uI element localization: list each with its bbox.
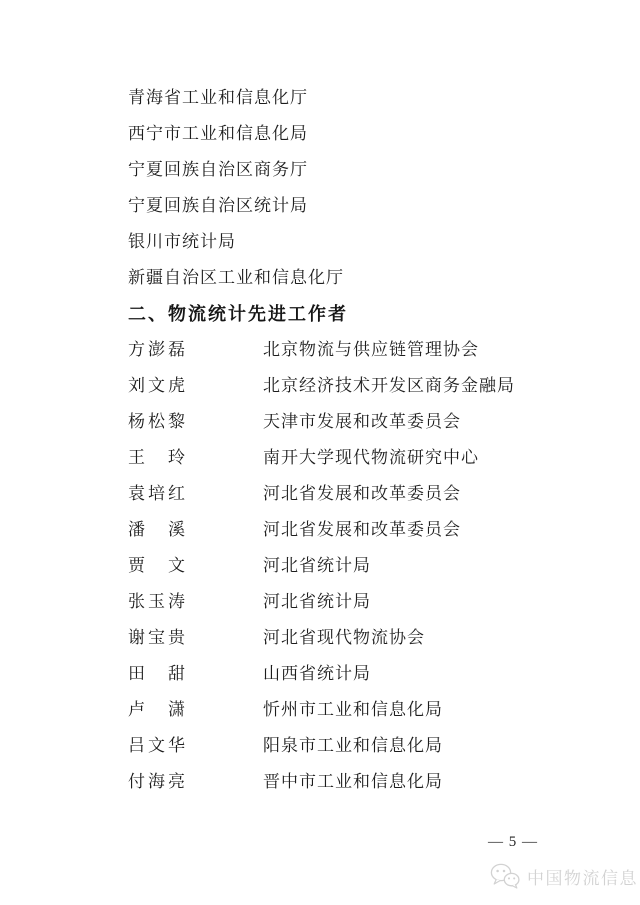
watermark: 中国物流信息 xyxy=(490,860,638,892)
wechat-icon xyxy=(490,863,520,889)
awardee-organization: 阳泉市工业和信息化局 xyxy=(263,728,443,764)
organization-item: 宁夏回族自治区统计局 xyxy=(128,188,640,224)
awardee-organization: 河北省发展和改革委员会 xyxy=(263,476,461,512)
awardee-organization: 北京物流与供应链管理协会 xyxy=(263,332,479,368)
organization-item: 西宁市工业和信息化局 xyxy=(128,116,640,152)
awardee-name: 杨松黎 xyxy=(128,404,263,440)
awardee-name: 王 玲 xyxy=(128,440,263,476)
awardee-row: 吕文华 阳泉市工业和信息化局 xyxy=(128,728,640,764)
awardee-name: 潘 溪 xyxy=(128,512,263,548)
awardee-organization: 河北省发展和改革委员会 xyxy=(263,512,461,548)
awardee-row: 付海亮 晋中市工业和信息化局 xyxy=(128,764,640,800)
organization-item: 银川市统计局 xyxy=(128,224,640,260)
organization-item: 新疆自治区工业和信息化厅 xyxy=(128,260,640,296)
awardee-row: 潘 溪 河北省发展和改革委员会 xyxy=(128,512,640,548)
awardee-name: 贾 文 xyxy=(128,548,263,584)
organization-item: 宁夏回族自治区商务厅 xyxy=(128,152,640,188)
organization-item: 青海省工业和信息化厅 xyxy=(128,80,640,116)
awardee-row: 王 玲 南开大学现代物流研究中心 xyxy=(128,440,640,476)
awardee-name: 田 甜 xyxy=(128,656,263,692)
awardee-organization: 忻州市工业和信息化局 xyxy=(263,692,443,728)
organization-list: 青海省工业和信息化厅 西宁市工业和信息化局 宁夏回族自治区商务厅 宁夏回族自治区… xyxy=(0,80,640,296)
awardee-row: 贾 文 河北省统计局 xyxy=(128,548,640,584)
awardee-organization: 晋中市工业和信息化局 xyxy=(263,764,443,800)
document-page: 青海省工业和信息化厅 西宁市工业和信息化局 宁夏回族自治区商务厅 宁夏回族自治区… xyxy=(0,0,640,905)
awardee-row: 杨松黎 天津市发展和改革委员会 xyxy=(128,404,640,440)
awardee-row: 袁培红 河北省发展和改革委员会 xyxy=(128,476,640,512)
awardee-organization: 天津市发展和改革委员会 xyxy=(263,404,461,440)
document-content: 青海省工业和信息化厅 西宁市工业和信息化局 宁夏回族自治区商务厅 宁夏回族自治区… xyxy=(0,0,640,800)
awardee-organization: 河北省统计局 xyxy=(263,584,371,620)
awardee-organization: 河北省现代物流协会 xyxy=(263,620,425,656)
awardee-name: 卢 潇 xyxy=(128,692,263,728)
awardee-name: 付海亮 xyxy=(128,764,263,800)
page-number: — 5 — xyxy=(488,832,538,852)
awardee-name: 张玉涛 xyxy=(128,584,263,620)
awardee-row: 张玉涛 河北省统计局 xyxy=(128,584,640,620)
awardee-row: 刘文虎 北京经济技术开发区商务金融局 xyxy=(128,368,640,404)
awardee-organization: 北京经济技术开发区商务金融局 xyxy=(263,368,515,404)
awardee-organization: 河北省统计局 xyxy=(263,548,371,584)
awardee-row: 田 甜 山西省统计局 xyxy=(128,656,640,692)
awardee-organization: 山西省统计局 xyxy=(263,656,371,692)
awardee-row: 方澎磊 北京物流与供应链管理协会 xyxy=(128,332,640,368)
awardee-organization: 南开大学现代物流研究中心 xyxy=(263,440,479,476)
awardee-name: 刘文虎 xyxy=(128,368,263,404)
awardee-row: 卢 潇 忻州市工业和信息化局 xyxy=(128,692,640,728)
awardee-name: 方澎磊 xyxy=(128,332,263,368)
awardee-name: 谢宝贵 xyxy=(128,620,263,656)
section-heading: 二、物流统计先进工作者 xyxy=(0,296,640,332)
awardee-name: 吕文华 xyxy=(128,728,263,764)
watermark-label: 中国物流信息 xyxy=(527,864,638,889)
awardee-list: 方澎磊 北京物流与供应链管理协会 刘文虎 北京经济技术开发区商务金融局 杨松黎 … xyxy=(0,332,640,800)
awardee-name: 袁培红 xyxy=(128,476,263,512)
awardee-row: 谢宝贵 河北省现代物流协会 xyxy=(128,620,640,656)
